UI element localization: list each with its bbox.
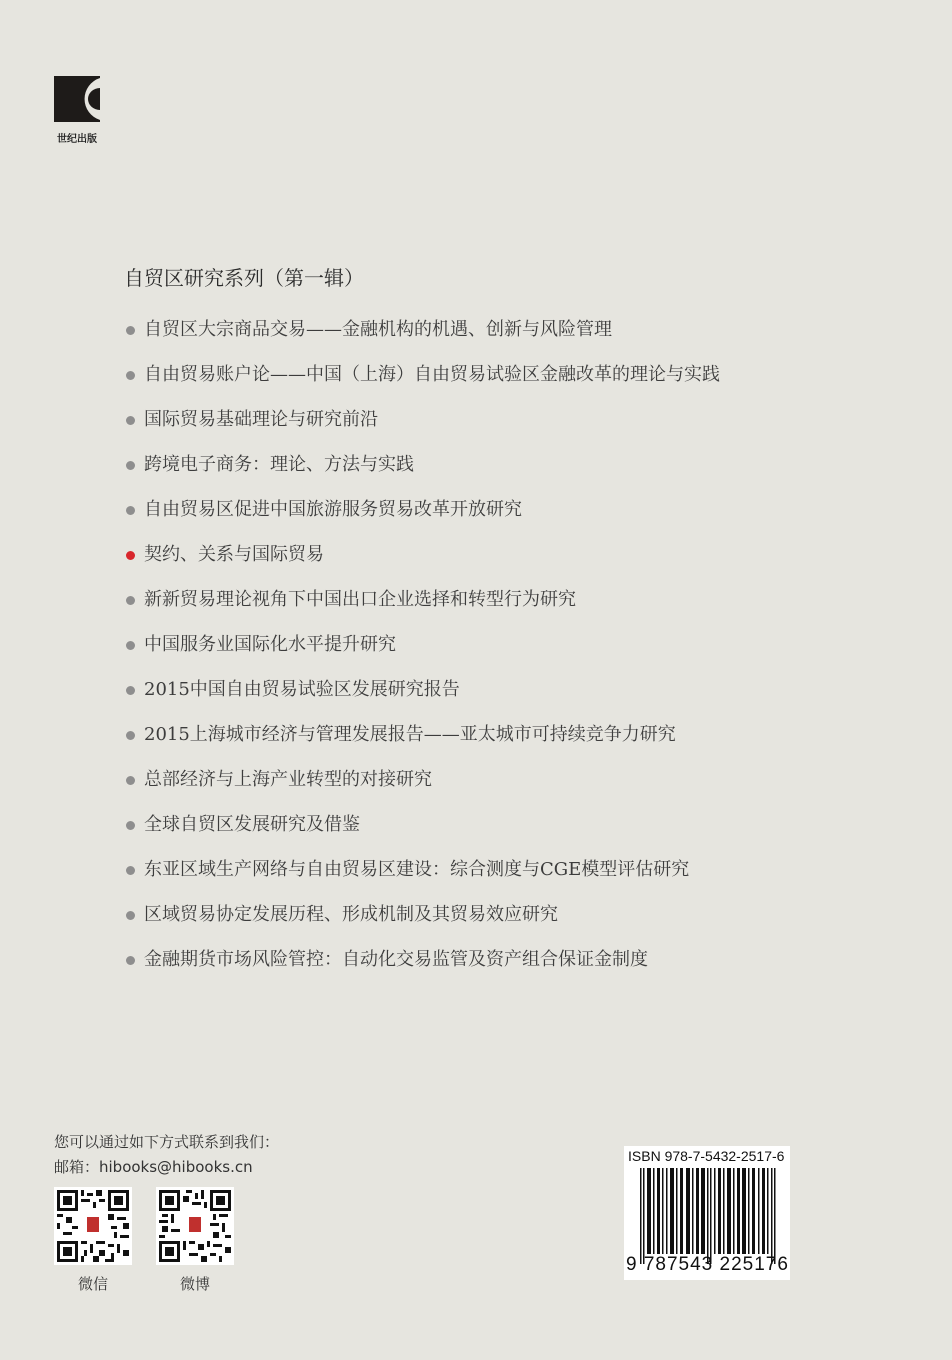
list-item: 全球自贸区发展研究及借鉴	[126, 810, 720, 855]
weibo-qr: 微博	[156, 1187, 234, 1294]
bullet-icon	[126, 596, 135, 605]
contact-intro: 您可以通过如下方式联系到我们：	[54, 1130, 279, 1155]
bullet-icon	[126, 776, 135, 785]
weibo-qr-icon	[159, 1190, 231, 1262]
bullet-icon	[126, 821, 135, 830]
barcode-digits: 9 787543 225176	[626, 1254, 789, 1276]
book-title: 东亚区域生产网络与自由贸易区建设：综合测度与CGE模型评估研究	[144, 855, 689, 885]
book-title: 全球自贸区发展研究及借鉴	[144, 810, 360, 840]
list-item: 金融期货市场风险管控：自动化交易监管及资产组合保证金制度	[126, 945, 720, 990]
book-title: 自由贸易区促进中国旅游服务贸易改革开放研究	[144, 495, 522, 525]
bullet-icon	[126, 686, 135, 695]
list-item: 自由贸易区促进中国旅游服务贸易改革开放研究	[126, 495, 720, 540]
book-title: 自贸区大宗商品交易——金融机构的机遇、创新与风险管理	[144, 315, 612, 345]
book-list: 自贸区大宗商品交易——金融机构的机遇、创新与风险管理 自由贸易账户论——中国（上…	[126, 315, 720, 990]
bullet-icon	[126, 371, 135, 380]
list-item: 国际贸易基础理论与研究前沿	[126, 405, 720, 450]
list-item: 总部经济与上海产业转型的对接研究	[126, 765, 720, 810]
bullet-icon	[126, 866, 135, 875]
bullet-icon	[126, 731, 135, 740]
book-title: 2015中国自由贸易试验区发展研究报告	[144, 675, 460, 705]
list-item: 区域贸易协定发展历程、形成机制及其贸易效应研究	[126, 900, 720, 945]
book-title: 中国服务业国际化水平提升研究	[144, 630, 396, 660]
series-title: 自贸区研究系列（第一辑）	[124, 262, 364, 291]
book-title: 2015上海城市经济与管理发展报告——亚太城市可持续竞争力研究	[144, 720, 676, 750]
contact-email: 邮箱：hibooks@hibooks.cn	[54, 1155, 279, 1180]
list-item: 东亚区域生产网络与自由贸易区建设：综合测度与CGE模型评估研究	[126, 855, 720, 900]
bullet-icon	[126, 956, 135, 965]
highlight-bullet-icon	[126, 551, 135, 560]
book-title: 新新贸易理论视角下中国出口企业选择和转型行为研究	[144, 585, 576, 615]
list-item: 2015中国自由贸易试验区发展研究报告	[126, 675, 720, 720]
book-title: 自由贸易账户论——中国（上海）自由贸易试验区金融改革的理论与实践	[144, 360, 720, 390]
bullet-icon	[126, 506, 135, 515]
barcode-icon	[640, 1168, 780, 1264]
isbn-text: ISBN 978-7-5432-2517-6	[628, 1148, 784, 1164]
publisher-name: 世纪出版	[54, 130, 100, 145]
wechat-label: 微信	[54, 1273, 132, 1294]
book-title: 契约、关系与国际贸易	[144, 540, 324, 570]
book-title: 区域贸易协定发展历程、形成机制及其贸易效应研究	[144, 900, 558, 930]
bullet-icon	[126, 911, 135, 920]
bullet-icon	[126, 461, 135, 470]
book-title: 金融期货市场风险管控：自动化交易监管及资产组合保证金制度	[144, 945, 648, 975]
wechat-qr: 微信	[54, 1187, 132, 1294]
bullet-icon	[126, 416, 135, 425]
list-item: 中国服务业国际化水平提升研究	[126, 630, 720, 675]
weibo-label: 微博	[156, 1273, 234, 1294]
list-item: 新新贸易理论视角下中国出口企业选择和转型行为研究	[126, 585, 720, 630]
list-item: 跨境电子商务：理论、方法与实践	[126, 450, 720, 495]
publisher-logo-icon	[54, 76, 100, 122]
list-item-current: 契约、关系与国际贸易	[126, 540, 720, 585]
isbn-barcode: ISBN 978-7-5432-2517-6 9 787543 225176	[624, 1146, 790, 1280]
list-item: 自由贸易账户论——中国（上海）自由贸易试验区金融改革的理论与实践	[126, 360, 720, 405]
book-title: 总部经济与上海产业转型的对接研究	[144, 765, 432, 795]
bullet-icon	[126, 641, 135, 650]
contact-info: 您可以通过如下方式联系到我们： 邮箱：hibooks@hibooks.cn	[54, 1130, 279, 1180]
list-item: 自贸区大宗商品交易——金融机构的机遇、创新与风险管理	[126, 315, 720, 360]
book-title: 国际贸易基础理论与研究前沿	[144, 405, 378, 435]
list-item: 2015上海城市经济与管理发展报告——亚太城市可持续竞争力研究	[126, 720, 720, 765]
bullet-icon	[126, 326, 135, 335]
book-title: 跨境电子商务：理论、方法与实践	[144, 450, 414, 480]
wechat-qr-icon	[57, 1190, 129, 1262]
